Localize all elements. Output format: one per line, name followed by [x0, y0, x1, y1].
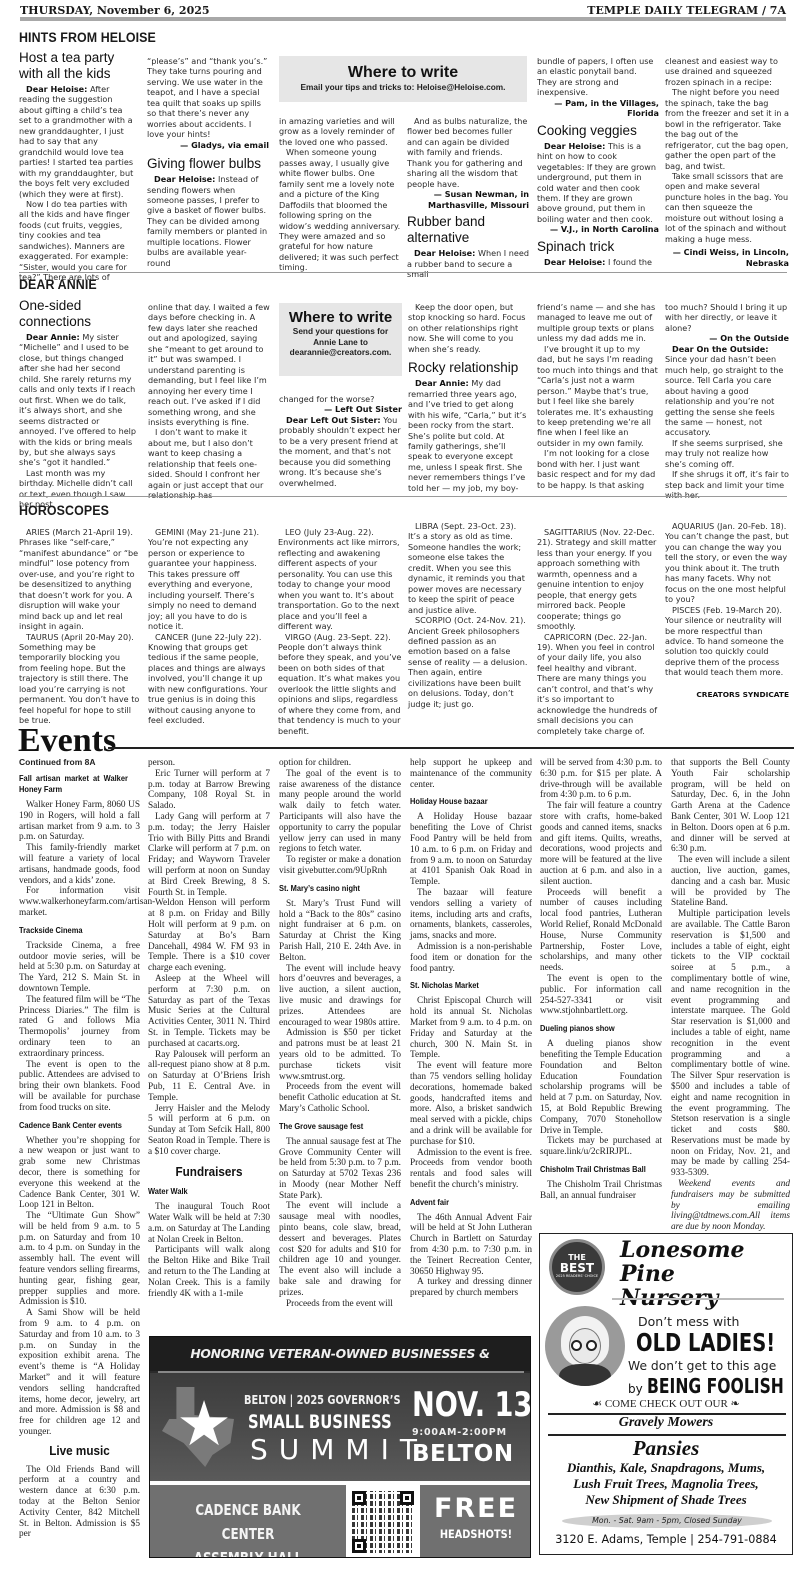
event-city: BELTON: [412, 1441, 514, 1467]
headline: Rocky relationship: [408, 360, 530, 376]
heloise-col-1: Host a tea party with all the kids Dear …: [19, 50, 137, 283]
horoscope-capricorn: CAPRICORN (Dec. 22-Jan. 19). When you fe…: [537, 632, 659, 737]
annie-col-3: changed for the worse? — Left Out Sister…: [279, 394, 402, 488]
events-col-3: option for children. The goal of the eve…: [279, 758, 401, 1309]
category-heading-live-music: Live music: [25, 1446, 134, 1457]
events-col-1: Fall artisan market at Walker Honey Farm…: [19, 770, 140, 1540]
star-icon: ★: [174, 1395, 234, 1455]
section-title-dear-annie: DEAR ANNIE: [19, 277, 97, 292]
ad-lonesome-pine-nursery[interactable]: THE BEST 2025 READERS' CHOICE Lonesome P…: [539, 1233, 793, 1555]
heloise-col-5: bundle of papers, I often use an elastic…: [537, 56, 659, 267]
event-heading: Dueling pianos show: [540, 1023, 650, 1034]
horoscope-leo: LEO (July 23-Aug. 22). Environments act …: [278, 527, 402, 632]
masthead-rule: [20, 17, 786, 21]
event-heading: Chisholm Trail Christmas Ball: [540, 1164, 650, 1175]
annie-col-6: too much? Should I bring it up with her …: [665, 302, 789, 501]
annie-col-5: friend’s name — and she has managed to l…: [537, 302, 659, 490]
where-to-write-box-annie: Where to write Send your questions for A…: [279, 303, 402, 376]
events-col-2: person. Eric Turner will perform at 7 p.…: [148, 758, 270, 1299]
free-headshots-callout: FREE HEADSHOTS!: [420, 1485, 531, 1558]
where-to-write-box-heloise: Where to write Email your tips and trick…: [279, 56, 527, 102]
section-divider: [19, 272, 787, 273]
horoscope-cancer: CANCER (June 22-July 22). Knowing that g…: [148, 632, 270, 726]
event-time: 9:00AM-2:00PM: [412, 1427, 507, 1438]
horoscope-libra: LIBRA (Sept. 23-Oct. 23). It’s a story a…: [408, 521, 531, 615]
horoscope-aries: ARIES (March 21-April 19). Phrases like …: [19, 527, 141, 632]
horoscope-scorpio: SCORPIO (Oct. 24-Nov. 21). Ancient Greek…: [408, 615, 531, 709]
event-heading: St. Mary’s casino night: [279, 883, 389, 894]
page-masthead: THURSDAY, November 6, 2025 TEMPLE DAILY …: [20, 4, 786, 18]
section-title-heloise: HINTS FROM HELOISE: [19, 30, 156, 45]
event-heading: The Grove sausage fest: [279, 1121, 389, 1132]
ad-banner-text: HONORING VETERAN-OWNED BUSINESSES & ENTR…: [150, 1337, 530, 1371]
business-hours: Mon. - Sat. 9am - 5pm, Closed Sunday: [562, 1514, 772, 1528]
annie-col-4: Keep the door open, but stop knocking so…: [408, 302, 530, 493]
event-venue: CADENCE BANK CENTER ASSEMBLY HALL: [150, 1485, 346, 1558]
event-heading: Advent fair: [410, 1197, 520, 1208]
paper-page-label: TEMPLE DAILY TELEGRAM / 7A: [587, 4, 786, 17]
event-heading: Fall artisan market at Walker Honey Farm: [19, 773, 128, 795]
horoscope-virgo: VIRGO (Aug. 23-Sept. 22). People don’t a…: [278, 632, 402, 737]
events-title-rule: [108, 747, 794, 749]
headline: Giving flower bulbs: [147, 156, 269, 172]
events-col-5: will be served from 4:30 p.m. to 6:30 p.…: [540, 758, 662, 1201]
horoscope-taurus: TAURUS (April 20-May 20). Something may …: [19, 632, 141, 726]
annie-col-1: One-sided connections Dear Annie: My sis…: [19, 298, 139, 510]
business-address-phone: 3120 E. Adams, Temple | 254-791-0884: [540, 1533, 792, 1546]
horoscope-col-4: LIBRA (Sept. 23-Oct. 23). It’s a story a…: [408, 521, 531, 709]
heloise-col-3: in amazing varieties and will grow as a …: [279, 116, 401, 273]
horoscope-col-2: GEMINI (May 21-June 21). You’re not expe…: [148, 527, 270, 726]
category-heading-fundraisers: Fundraisers: [154, 1167, 264, 1178]
old-lady-illustration-icon: [545, 1306, 625, 1386]
continued-from-label: Continued from 8A: [19, 757, 96, 767]
headline: One-sided connections: [19, 298, 139, 330]
section-title-events: Events: [18, 724, 116, 758]
headline: Cooking veggies: [537, 123, 659, 139]
heloise-col-2: “please’s” and “thank you’s.” They take …: [147, 56, 269, 268]
horoscope-col-1: ARIES (March 21-April 19). Phrases like …: [19, 527, 141, 726]
section-divider: [19, 496, 787, 497]
section-title-horoscopes: HOROSCOPES: [19, 503, 109, 518]
event-heading: Holiday House bazaar: [410, 796, 520, 807]
horoscope-col-6: AQUARIUS (Jan. 20-Feb. 18). You can’t ch…: [665, 521, 789, 700]
event-heading: Water Walk: [148, 1186, 258, 1197]
headline: Rubber band alternative: [407, 214, 529, 246]
event-heading: St. Nicholas Market: [410, 980, 520, 991]
headline: Host a tea party with all the kids: [19, 50, 137, 82]
events-col-4: help support he upkeep and maintenance o…: [410, 758, 532, 1299]
ad-small-business-summit[interactable]: HONORING VETERAN-OWNED BUSINESSES & ENTR…: [149, 1336, 531, 1558]
issue-date: THURSDAY, November 6, 2025: [20, 4, 210, 17]
annie-col-2: online that day. I waited a few days bef…: [148, 302, 270, 501]
horoscope-col-5: SAGITTARIUS (Nov. 22-Dec. 21). Strategy …: [537, 527, 659, 736]
horoscope-gemini: GEMINI (May 21-June 21). You’re not expe…: [148, 527, 270, 632]
event-heading: Cadence Bank Center events: [19, 1120, 128, 1131]
event-heading: Trackside Cinema: [19, 925, 128, 936]
headline: Spinach trick: [537, 239, 659, 255]
horoscope-col-3: LEO (July 23-Aug. 22). Environments act …: [278, 527, 402, 736]
heloise-col-6: cleanest and easiest way to use drained …: [665, 56, 789, 268]
submission-note: Weekend events and fundraisers may be su…: [671, 1179, 790, 1233]
horoscope-sagittarius: SAGITTARIUS (Nov. 22-Dec. 21). Strategy …: [537, 527, 659, 632]
heloise-col-4: And as bulbs naturalize, the flower bed …: [407, 116, 529, 279]
horoscope-aquarius: AQUARIUS (Jan. 20-Feb. 18). You can’t ch…: [665, 521, 789, 605]
horoscope-pisces: PISCES (Feb. 19-March 20). Your silence …: [665, 605, 789, 678]
events-col-6: that supports the Bell County Youth Fair…: [671, 758, 790, 1233]
product-list: Dianthis, Kale, Snapdragons, Mums, Lush …: [540, 1460, 792, 1508]
best-award-badge-icon: THE BEST 2025 READERS' CHOICE: [549, 1239, 605, 1295]
syndicate-credit: CREATORS SYNDICATE: [665, 690, 789, 700]
qr-code-icon[interactable]: [346, 1485, 420, 1558]
event-date: NOV. 13: [412, 1387, 531, 1423]
